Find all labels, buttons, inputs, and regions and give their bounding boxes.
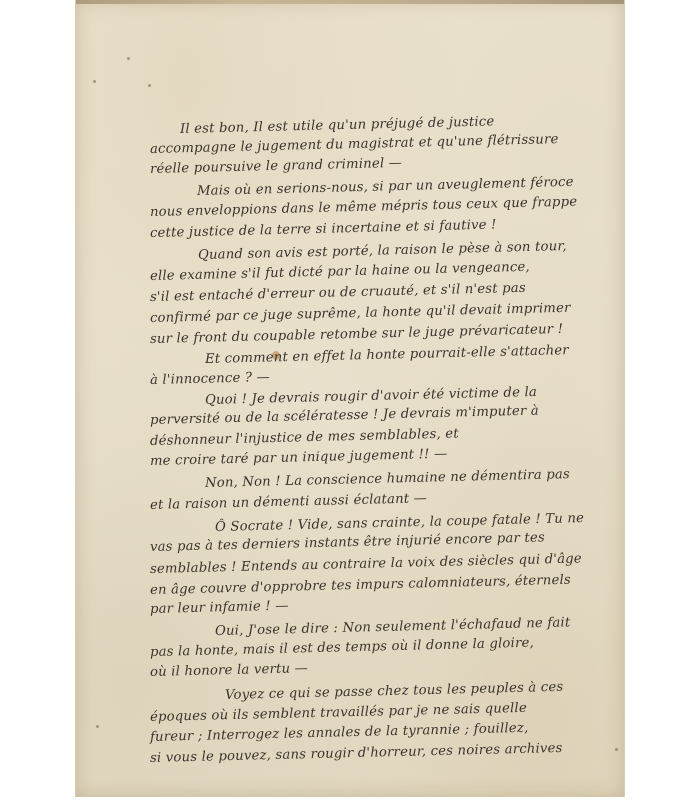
paper-speck [127, 57, 130, 60]
page-top-edge [76, 0, 624, 4]
manuscript-line: à l'innocence ? — [150, 370, 270, 388]
paper-speck [615, 748, 618, 751]
paper-speck [96, 725, 99, 728]
paper-speck [93, 80, 96, 83]
paper-speck [148, 84, 151, 87]
